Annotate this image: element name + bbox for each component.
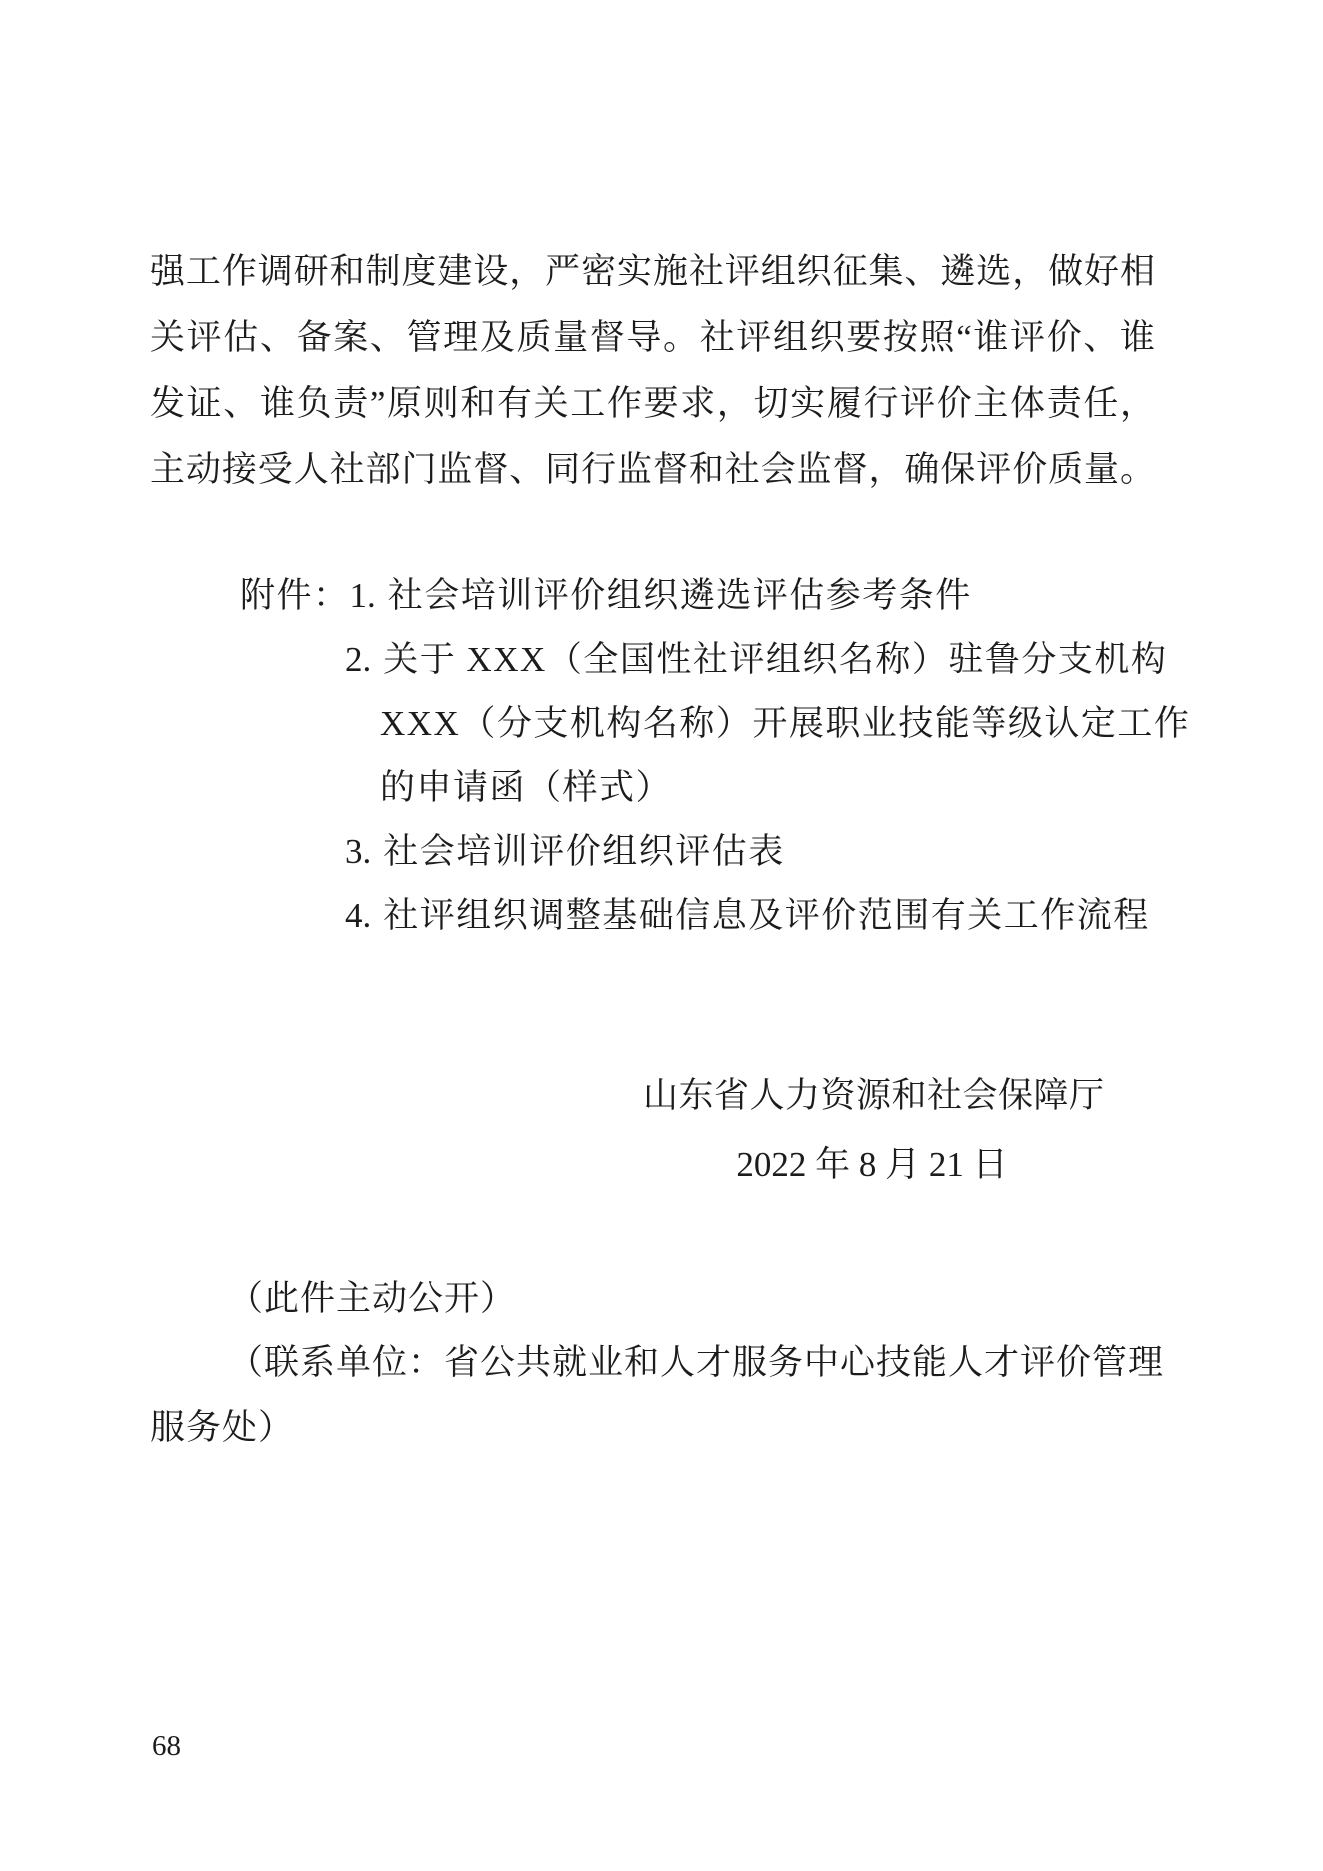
attachment-title: 社会培训评价组织评估表 [383, 832, 785, 871]
attachments-label: 附件： [240, 576, 350, 615]
signature-organization: 山东省人力资源和社会保障厅 [643, 1078, 1105, 1113]
attachment-row-continuation: XXX（分支机构名称）开展职业技能等级认定工作 [380, 692, 1190, 756]
attachment-row: 4.社评组织调整基础信息及评价范围有关工作流程 [345, 884, 1150, 948]
signature-date: 2022 年 8 月 21 日 [643, 1147, 1101, 1182]
note-contact-unit-continuation: 服务处） [150, 1410, 294, 1445]
attachment-number: 1. [350, 576, 376, 615]
attachment-row-continuation: 的申请函（样式） [380, 756, 672, 820]
note-contact-unit: （联系单位：省公共就业和人才服务中心技能人才评价管理 [150, 1345, 1164, 1380]
body-line: 发证、谁负责”原则和有关工作要求，切实履行评价主体责任， [150, 371, 1155, 437]
attachment-row: 附件：1.社会培训评价组织遴选评估参考条件 [240, 564, 972, 628]
attachment-row: 2.关于 XXX（全国性社评组织名称）驻鲁分支机构 [345, 628, 1167, 692]
body-paragraph: 强工作调研和制度建设，严密实施社评组织征集、遴选，做好相 关评估、备案、管理及质… [150, 239, 1155, 503]
attachment-title: 社评组织调整基础信息及评价范围有关工作流程 [383, 896, 1150, 935]
body-line: 强工作调研和制度建设，严密实施社评组织征集、遴选，做好相 [150, 239, 1155, 305]
attachment-number: 3. [345, 832, 371, 871]
attachment-number: 2. [345, 640, 371, 679]
note-public-disclosure: （此件主动公开） [150, 1281, 516, 1316]
body-line: 主动接受人社部门监督、同行监督和社会监督，确保评价质量。 [150, 437, 1155, 503]
attachment-title: 关于 XXX（全国性社评组织名称）驻鲁分支机构 [383, 640, 1167, 679]
attachment-number: 4. [345, 896, 371, 935]
page-number: 68 [152, 1732, 181, 1761]
document-page: 强工作调研和制度建设，严密实施社评组织征集、遴选，做好相 关评估、备案、管理及质… [0, 0, 1323, 1871]
attachment-title: XXX（分支机构名称）开展职业技能等级认定工作 [380, 704, 1190, 743]
attachment-title: 社会培训评价组织遴选评估参考条件 [388, 576, 972, 615]
attachment-title: 的申请函（样式） [380, 768, 672, 807]
body-line: 关评估、备案、管理及质量督导。社评组织要按照“谁评价、谁 [150, 305, 1155, 371]
attachment-row: 3.社会培训评价组织评估表 [345, 820, 785, 884]
